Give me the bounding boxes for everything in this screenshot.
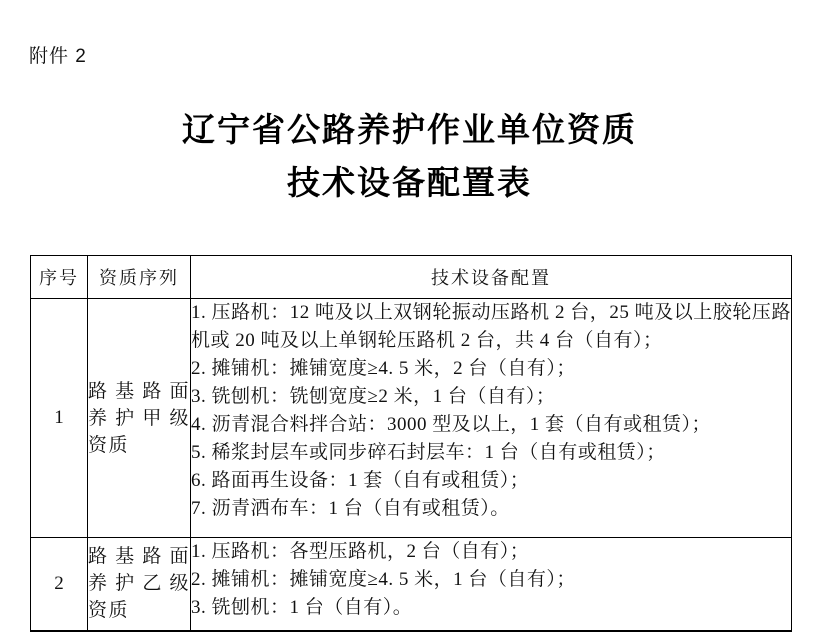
- row1-qualification: 路基路面养护甲级资质: [88, 299, 191, 538]
- row2-equipment-list: 1. 压路机：各型压路机，2 台（自有）； 2. 摊铺机：摊铺宽度≥4. 5 米…: [191, 538, 792, 631]
- equipment-item: 2. 摊铺机：摊铺宽度≥4. 5 米，1 台（自有）；: [191, 566, 791, 594]
- equipment-item: 5. 稀浆封层车或同步碎石封层车：1 台（自有或租赁）；: [191, 439, 791, 467]
- document-page: 附件 2 辽宁省公路养护作业单位资质 技术设备配置表 序号 资质序列 技术设备配…: [0, 0, 819, 635]
- equipment-config-table: 序号 资质序列 技术设备配置 1 路基路面养护甲级资质 1. 压路机：12 吨及…: [30, 255, 792, 632]
- row1-serial-number: 1: [31, 299, 88, 538]
- equipment-item: 2. 摊铺机：摊铺宽度≥4. 5 米，2 台（自有）；: [191, 355, 791, 383]
- row2-serial-number: 2: [31, 538, 88, 631]
- equipment-item: 1. 压路机：12 吨及以上双钢轮振动压路机 2 台，25 吨及以上胶轮压路机或…: [191, 299, 791, 355]
- row2-qualification: 路基路面养护乙级资质: [88, 538, 191, 631]
- header-qualification-series: 资质序列: [88, 256, 191, 299]
- table-row: 2 路基路面养护乙级资质 1. 压路机：各型压路机，2 台（自有）； 2. 摊铺…: [31, 538, 792, 631]
- title-line-2: 技术设备配置表: [287, 166, 532, 202]
- row1-equipment-list: 1. 压路机：12 吨及以上双钢轮振动压路机 2 台，25 吨及以上胶轮压路机或…: [191, 299, 792, 538]
- header-technical-equipment: 技术设备配置: [191, 256, 792, 299]
- equipment-item: 1. 压路机：各型压路机，2 台（自有）；: [191, 538, 791, 566]
- header-serial-number: 序号: [31, 256, 88, 299]
- equipment-item: 4. 沥青混合料拌合站：3000 型及以上，1 套（自有或租赁）；: [191, 411, 791, 439]
- table-row: 1 路基路面养护甲级资质 1. 压路机：12 吨及以上双钢轮振动压路机 2 台，…: [31, 299, 792, 538]
- document-title: 辽宁省公路养护作业单位资质 技术设备配置表: [0, 105, 819, 211]
- equipment-item: 3. 铣刨机：1 台（自有）。: [191, 594, 791, 622]
- attachment-label: 附件 2: [29, 41, 87, 68]
- title-line-1: 辽宁省公路养护作业单位资质: [182, 113, 637, 149]
- equipment-item: 6. 路面再生设备：1 套（自有或租赁）；: [191, 467, 791, 495]
- equipment-item: 3. 铣刨机：铣刨宽度≥2 米，1 台（自有）；: [191, 383, 791, 411]
- equipment-item: 7. 沥青洒布车：1 台（自有或租赁）。: [191, 495, 791, 523]
- table-header-row: 序号 资质序列 技术设备配置: [31, 256, 792, 299]
